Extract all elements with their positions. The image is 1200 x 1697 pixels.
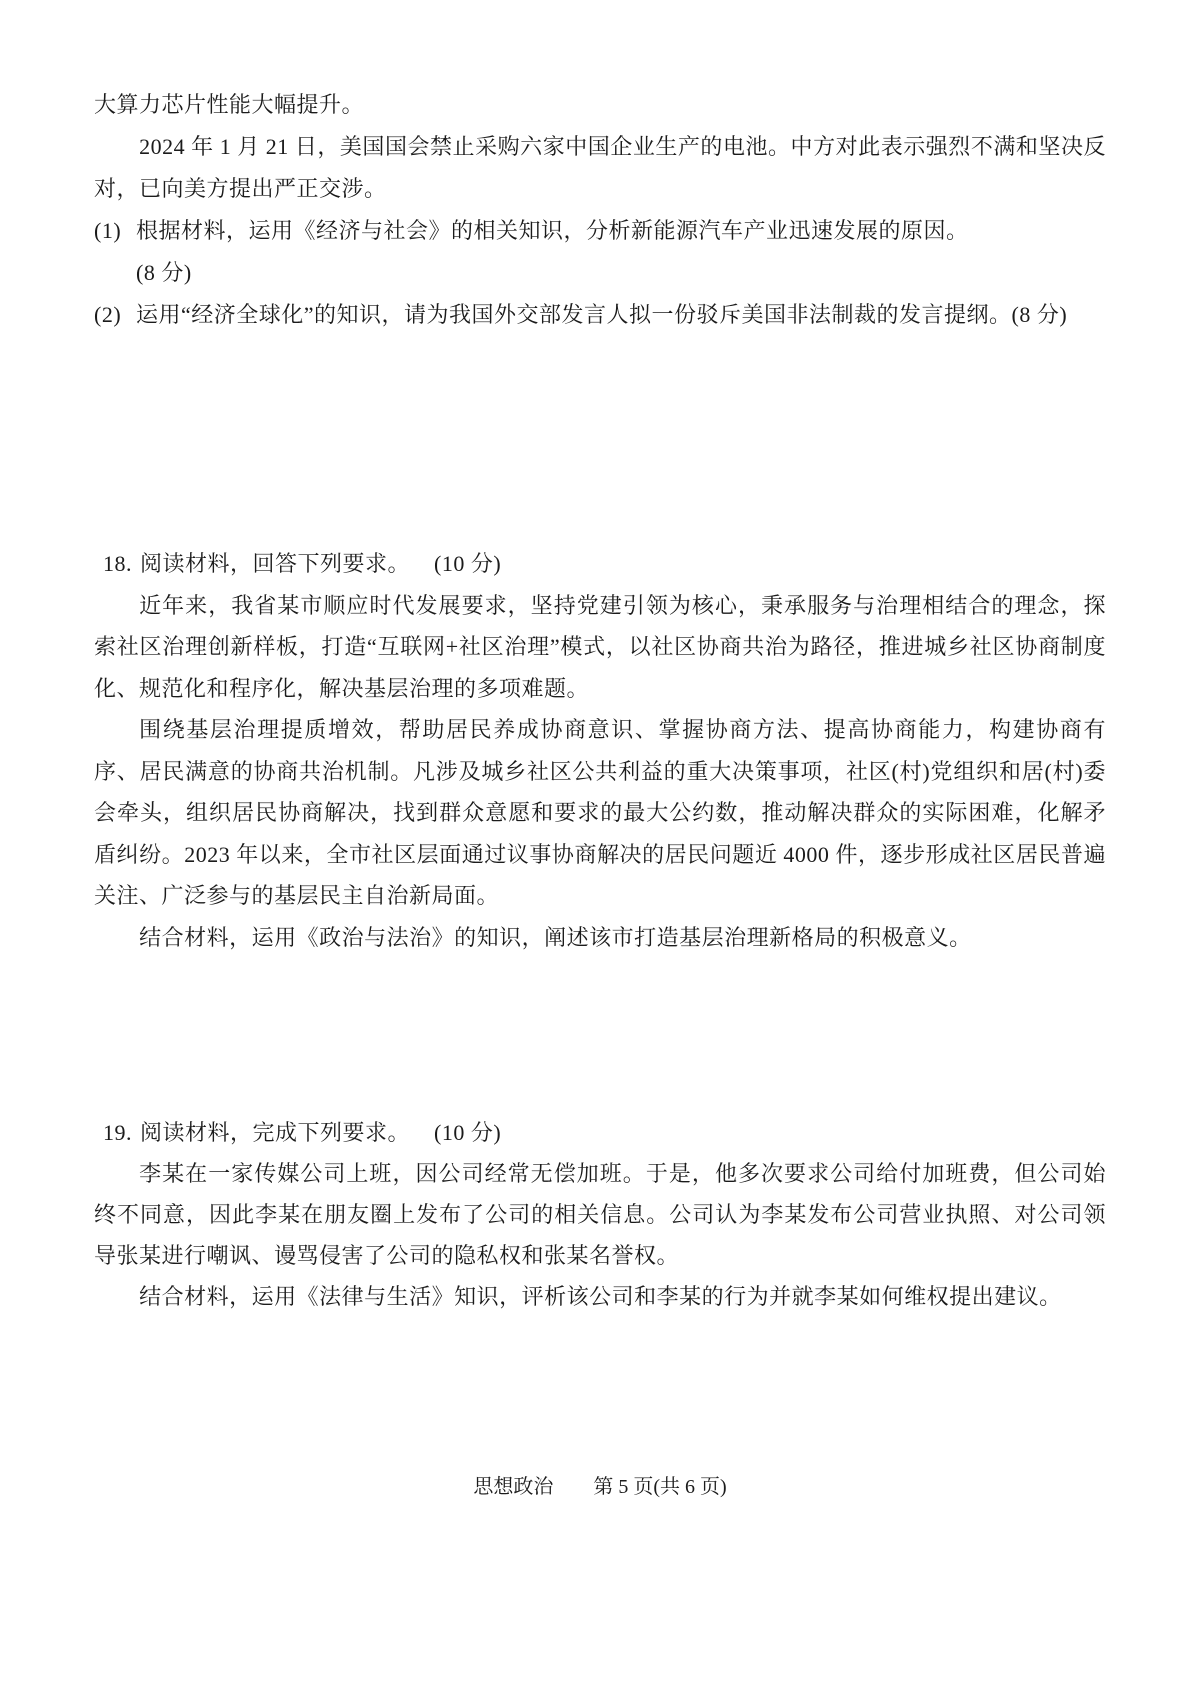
question-18-header: 18.阅读材料，回答下列要求。(10 分)	[94, 543, 1106, 585]
question-title: 阅读材料，回答下列要求。	[140, 551, 410, 576]
question-18-task: 结合材料，运用《政治与法治》的知识，阐述该市打造基层治理新格局的积极意义。	[94, 917, 1106, 959]
intro-section: 大算力芯片性能大幅提升。 2024 年 1 月 21 日，美国国会禁止采购六家中…	[94, 84, 1106, 336]
question-19-paragraph-1: 李某在一家传媒公司上班，因公司经常无偿加班。于是，他多次要求公司给付加班费，但公…	[94, 1153, 1106, 1276]
question-score: (10 分)	[434, 551, 501, 576]
exam-page: 大算力芯片性能大幅提升。 2024 年 1 月 21 日，美国国会禁止采购六家中…	[0, 0, 1200, 1697]
footer-page-number: 第 5 页(共 6 页)	[593, 1476, 726, 1498]
item-1-score-line: (8 分)	[94, 252, 1106, 294]
page-footer: 思想政治第 5 页(共 6 页)	[0, 1474, 1200, 1500]
question-18-section: 18.阅读材料，回答下列要求。(10 分) 近年来，我省某市顺应时代发展要求，坚…	[94, 543, 1106, 958]
question-number: 19.	[103, 1112, 140, 1153]
question-19-task: 结合材料，运用《法律与生活》知识，评析该公司和李某的行为并就李某如何维权提出建议…	[94, 1276, 1106, 1317]
item-marker: (2)	[94, 294, 136, 336]
question-number: 18.	[103, 543, 140, 585]
question-18-paragraph-2: 围绕基层治理提质增效，帮助居民养成协商意识、掌握协商方法、提高协商能力，构建协商…	[94, 709, 1106, 917]
footer-subject: 思想政治	[473, 1476, 553, 1498]
question-title: 阅读材料，完成下列要求。	[140, 1120, 410, 1145]
continuation-line: 大算力芯片性能大幅提升。	[94, 84, 1106, 126]
question-19-section: 19.阅读材料，完成下列要求。(10 分) 李某在一家传媒公司上班，因公司经常无…	[94, 1112, 1106, 1317]
question-score: (10 分)	[434, 1120, 501, 1145]
item-text: 根据材料，运用《经济与社会》的相关知识，分析新能源汽车产业迅速发展的原因。	[136, 218, 969, 243]
question-19-header: 19.阅读材料，完成下列要求。(10 分)	[94, 1112, 1106, 1153]
question-18-paragraph-1: 近年来，我省某市顺应时代发展要求，坚持党建引领为核心，秉承服务与治理相结合的理念…	[94, 585, 1106, 710]
material-paragraph: 2024 年 1 月 21 日，美国国会禁止采购六家中国企业生产的电池。中方对此…	[94, 126, 1106, 210]
question-17-item-1: (1)根据材料，运用《经济与社会》的相关知识，分析新能源汽车产业迅速发展的原因。	[94, 210, 1106, 252]
item-text: 运用“经济全球化”的知识，请为我国外交部发言人拟一份驳斥美国非法制裁的发言提纲。…	[136, 302, 1067, 327]
item-marker: (1)	[94, 210, 136, 252]
question-17-item-2: (2)运用“经济全球化”的知识，请为我国外交部发言人拟一份驳斥美国非法制裁的发言…	[94, 294, 1106, 336]
